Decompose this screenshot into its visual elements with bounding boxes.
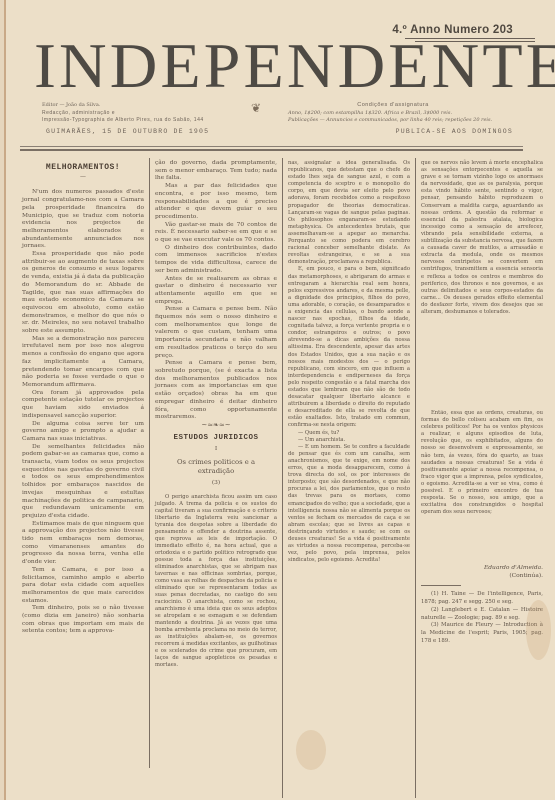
paragraph: Vão gastar-se mais de 70 contos de reis.… bbox=[155, 222, 277, 245]
paragraph: Estimamos mais de que ninguem que a appr… bbox=[22, 521, 144, 567]
redaccao-line: Redacção, administração e bbox=[42, 110, 204, 118]
section-number: I bbox=[155, 446, 277, 454]
footnote: (1) H. Taine — De l'intelligence, Paris,… bbox=[421, 591, 543, 606]
editor-line: Editor — João da Silva. bbox=[42, 102, 204, 110]
article-melhoramentos: MELHORAMENTOS! — N'um dos numeros passad… bbox=[22, 160, 144, 636]
column-separator bbox=[415, 158, 416, 798]
conditions-title: Condições d'assignatura bbox=[288, 102, 498, 110]
emblem-icon: ❦ bbox=[251, 104, 261, 112]
dialogue-line: — Quem és, tu? bbox=[288, 430, 410, 437]
paper-stain bbox=[296, 730, 326, 770]
column-3: nas, assignalar a idea generalisada. Os … bbox=[288, 160, 410, 564]
column-2: ção do governo, dada promptamente, sem o… bbox=[155, 160, 277, 669]
paragraph: E, em pouco, e para o bem, significado d… bbox=[288, 266, 410, 429]
date-line: GUIMARÃES, 15 DE OUTUBRO DE 1905 bbox=[46, 128, 209, 135]
publisher-info: Editor — João da Silva. Redacção, admini… bbox=[42, 102, 204, 125]
paragraph: que os nervos não levem á morte encephal… bbox=[421, 160, 543, 316]
section-mark: (3) bbox=[155, 480, 277, 488]
paragraph: Então, essa que as ordens, creaturas, ou… bbox=[421, 410, 543, 516]
paragraph: De alguma coisa serve ter um governo ami… bbox=[22, 421, 144, 444]
signature-and-notes: Eduardo d'Almeida. (Continúa). (1) H. Ta… bbox=[421, 565, 543, 645]
impressao-line: Impressão-Typographia de Alberto Pires, … bbox=[42, 117, 204, 125]
title-dash: — bbox=[22, 174, 144, 182]
paragraph: Pense a Camara e pense bem, sobretudo po… bbox=[155, 360, 277, 422]
conditions-line-2: Publicações — Annuncios e communicados, … bbox=[288, 117, 498, 125]
paragraph: Tem a Camara, e por isso a felicitamos, … bbox=[22, 567, 144, 606]
footnote: (3) Maurice de Fleury — Introduction à l… bbox=[421, 622, 543, 645]
newspaper-page: 4.º Anno Numero 203 INDEPENDENTE Editor … bbox=[4, 0, 555, 800]
paragraph: — E um homem. Se te confiro a faculdade … bbox=[288, 444, 410, 565]
article-title: MELHORAMENTOS! bbox=[22, 164, 144, 172]
section-title-estudos: ESTUDOS JURIDICOS bbox=[155, 435, 277, 443]
section-subtitle: Os crimes politicos e a extradição bbox=[175, 458, 257, 476]
paragraph: nas, assignalar a idea generalisada. Os … bbox=[288, 160, 410, 266]
paragraph: O perigo anarchista ficou assim um caso … bbox=[155, 494, 277, 669]
publication-day: PUBLICA-SE AOS DOMINGOS bbox=[396, 128, 513, 135]
paragraph: ção do governo, dada promptamente, sem o… bbox=[155, 160, 277, 183]
paragraph: De semelhantes felicidades não podem gab… bbox=[22, 444, 144, 521]
conditions-line-1: Anno, 1$200; com estampilha 1$320. Afric… bbox=[288, 110, 498, 118]
paragraph: O dinheiro dos contribuintes, dado com i… bbox=[155, 245, 277, 276]
dialogue-line: — Um anarchista. bbox=[288, 437, 410, 444]
footnote-rule bbox=[421, 585, 461, 586]
paragraph: Mas se a demonstração nos pareceu irrefu… bbox=[22, 336, 144, 390]
continued-note: (Continúa). bbox=[421, 573, 543, 581]
subscription-info: Condições d'assignatura Anno, 1$200; com… bbox=[288, 102, 498, 125]
paragraph: Tem dinheiro, pois se o não tivesse (com… bbox=[22, 605, 144, 636]
header-rule bbox=[20, 149, 523, 151]
paragraph: Essa prosperidade que não pode attribuir… bbox=[22, 251, 144, 336]
ornament-divider: ~≈❧≈~ bbox=[155, 422, 277, 430]
column-4: que os nervos não levem á morte encephal… bbox=[421, 160, 543, 316]
paragraph: Pense a Camara e pense bem. Não fiquemos… bbox=[155, 306, 277, 360]
masthead-title: INDEPENDENTE bbox=[34, 34, 518, 98]
column-separator bbox=[149, 158, 150, 768]
footnote: (2) Langlebert e E. Catalan — Histoire n… bbox=[421, 607, 543, 622]
paper-stain bbox=[526, 600, 551, 660]
header-rule bbox=[20, 146, 523, 147]
paragraph: Ora foram já approvados pela competente … bbox=[22, 390, 144, 421]
column-4-continued: Então, essa que as ordens, creaturas, ou… bbox=[421, 410, 543, 560]
paragraph: Antes de se realisarem as obras e gastar… bbox=[155, 276, 277, 307]
column-separator bbox=[282, 158, 283, 798]
paragraph: N'um dos numeros passados d'este jornal … bbox=[22, 189, 144, 251]
paragraph: Mas a par das felicidades que encontra, … bbox=[155, 183, 277, 222]
author-signature: Eduardo d'Almeida. bbox=[421, 565, 543, 573]
